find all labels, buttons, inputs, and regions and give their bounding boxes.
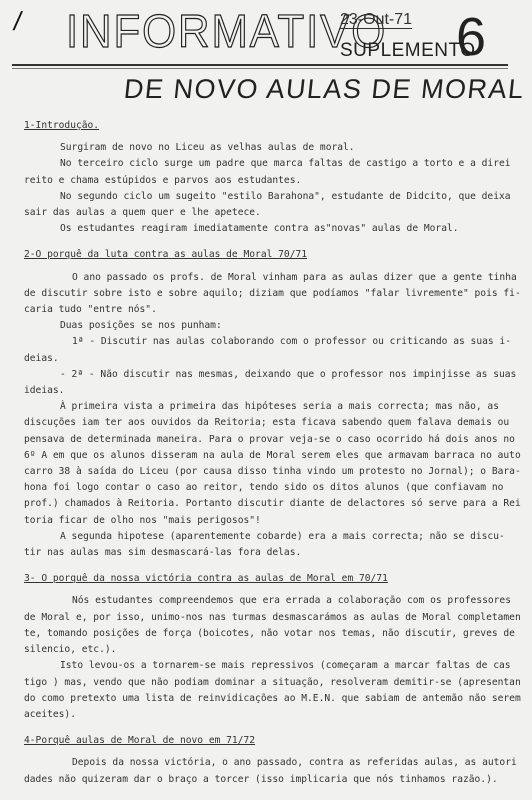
section-heading: 2-O porquê da luta contra as aulas de Mo… [24,247,524,263]
supplement-number: 6 [456,6,486,68]
text-line: silencio, etc.). [24,642,524,658]
text-line: Nós estudantes compreendemos que era err… [24,593,524,609]
text-line: O ano passado os profs. de Moral vinham … [24,270,524,286]
masthead-rule [12,64,508,66]
text-line: Surgiram de novo no Liceu as velhas aula… [24,140,524,156]
headline: DE NOVO AULAS DE MORAL [122,74,526,105]
text-line: de Moral e, por isso, unimo-nos nas turm… [24,610,524,626]
masthead-rule-thin [12,68,508,69]
text-line: Os estudantes reagiram imediatamente con… [24,221,524,237]
text-line: pensava de determinada maneira. Para o p… [24,432,524,448]
text-line: A segunda hipotese (aparentemente cobard… [24,529,524,545]
text-line: No segundo ciclo um sugeito "estilo Bara… [24,189,524,205]
masthead-title: INFORMATIVO [66,8,387,54]
text-line: deias. [24,351,524,367]
text-line: discuções iam ter aos ouvidos da Reitori… [24,415,524,431]
text-line: 1ª - Discutir nas aulas colaborando com … [24,334,524,350]
text-line: sair das aulas a quem quer e lhe apetece… [24,205,524,221]
text-line: de discutir sobre isto e sobre aquilo; d… [24,286,524,302]
text-line: toria ficar de olho nos "mais perigosos"… [24,513,524,529]
text-line: ideias. [24,383,524,399]
text-line: À primeira vista a primeira das hipótese… [24,399,524,415]
document-body: 1-Introdução.Surgiram de novo no Liceu a… [24,108,524,788]
text-line: tir nas aulas mas sim desmascará-las for… [24,545,524,561]
text-line: reito e chama estúpidos e parvos aos est… [24,173,524,189]
text-line: Depois da nossa victória, o ano passado,… [24,755,524,771]
text-line: tigo ) mas, vendo que não podiam dominar… [24,675,524,691]
text-line: dades não quizeram dar o braço a torcer … [24,772,524,788]
text-line: No terceiro ciclo surge um padre que mar… [24,156,524,172]
text-line: te, tomando posições de força (boicotes,… [24,626,524,642]
section-heading: 4-Porquê aulas de Moral de novo em 71/72 [24,733,524,749]
section-heading: 1-Introdução. [24,118,524,134]
document-page: / INFORMATIVO 23-Out-71 SUPLEMENTO 6 DE … [0,0,532,800]
text-line: 6º A em que os alunos disseram na aula d… [24,448,524,464]
text-line: do como pretexto uma lista de reinvidica… [24,691,524,707]
text-line: Isto levou-os a tornarem-se mais repress… [24,658,524,674]
text-line: carro 38 à saída do Liceu (por causa dis… [24,464,524,480]
handwritten-page-mark: / [11,6,24,37]
text-line: aceites). [24,707,524,723]
text-line: hona foi logo contar o caso ao reitor, t… [24,480,524,496]
section-heading: 3- O porquê da nossa victória contra as … [24,571,524,587]
text-line: - 2ª - Não discutir nas mesmas, deixando… [24,367,524,383]
text-line: caria tudo "entre nós". [24,302,524,318]
text-line: Duas posições se nos punham: [24,318,524,334]
text-line: prof.) chamados à Reitoria. Portanto dis… [24,496,524,512]
issue-date: 23-Out-71 [340,12,412,29]
